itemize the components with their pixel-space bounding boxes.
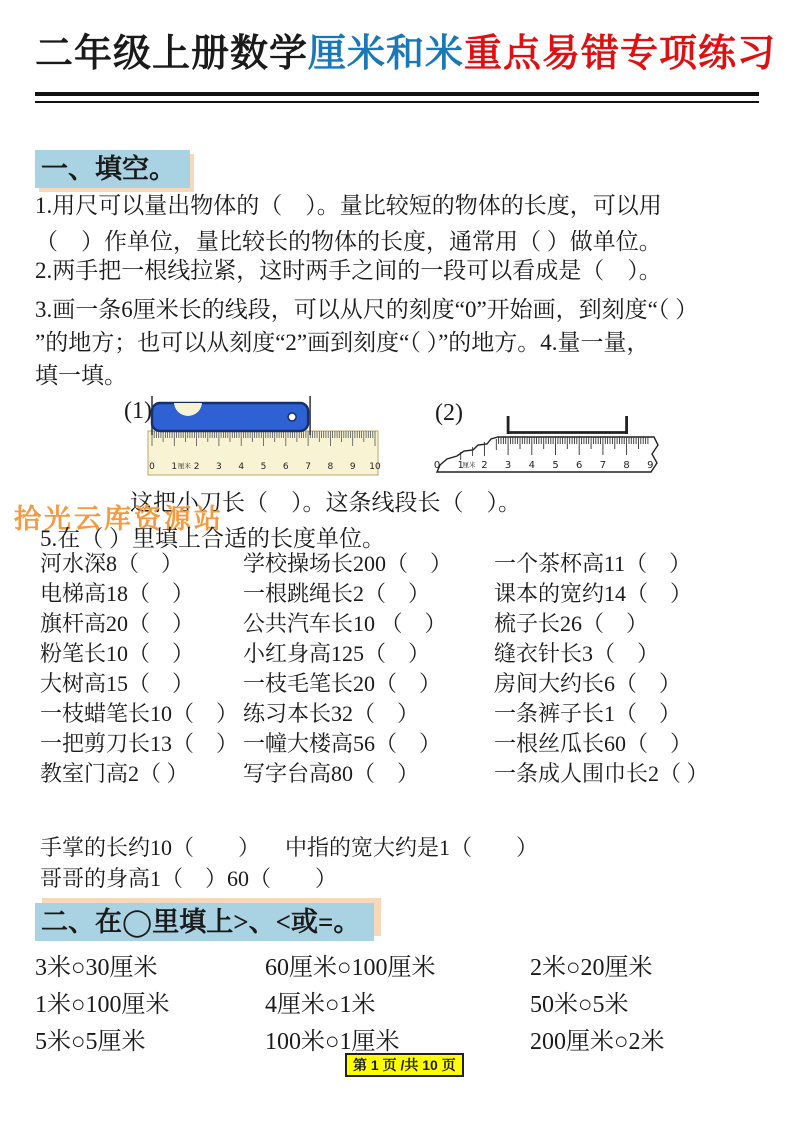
- svg-text:0: 0: [149, 462, 155, 472]
- comparison-item: 1米○100厘米: [35, 987, 265, 1024]
- comparison-item: 2米○20厘米: [530, 950, 765, 987]
- svg-text:3: 3: [505, 460, 511, 471]
- broken-ruler-image: 0123456789厘米: [428, 398, 678, 478]
- figure-knife-ruler: (1) 012345678910厘米: [118, 394, 390, 487]
- unit-item: 一条成人围巾长2（ ）: [494, 759, 760, 789]
- unit-item: 课本的宽约14（ ）: [494, 579, 760, 609]
- unit-item: 练习本长32（ ）: [243, 699, 494, 729]
- svg-text:厘米: 厘米: [178, 461, 192, 470]
- section2-header: 二、在◯里填上>、<或=。: [35, 903, 374, 941]
- unit-item: 一把剪刀长13（ ）: [40, 729, 243, 759]
- unit-item: 一根跳绳长2（ ）: [243, 579, 494, 609]
- section1-header: 一、填空。: [35, 150, 190, 188]
- unit-item: 中指的宽大约是1（ ）: [285, 832, 538, 863]
- unit-item: 哥哥的身高1（ ）60（ ）: [40, 863, 538, 894]
- unit-item: 小红身高125（ ）: [243, 639, 494, 669]
- figure1-label: (1): [124, 398, 152, 424]
- svg-text:1: 1: [171, 462, 177, 472]
- svg-text:8: 8: [623, 460, 629, 471]
- svg-text:2: 2: [194, 462, 200, 472]
- svg-text:厘米: 厘米: [462, 460, 476, 469]
- svg-text:2: 2: [481, 460, 487, 471]
- unit-item: 大树高15（ ）: [40, 669, 243, 699]
- unit-item: 一枝蜡笔长10（ ）: [40, 699, 243, 729]
- question-2: 2.两手把一根线拉紧，这时两手之间的一段可以看成是（ ）。: [35, 254, 662, 288]
- question-1-line1: 1.用尺可以量出物体的（ ）。量比较短的物体的长度，可以用: [35, 188, 662, 224]
- page-title: 二年级上册数学厘米和米重点易错专项练习: [35, 28, 761, 80]
- unit-item: 缝衣针长3（ ）: [494, 639, 760, 669]
- unit-item: 公共汽车长10 （ ）: [243, 609, 494, 639]
- svg-text:0: 0: [434, 460, 440, 471]
- comparison-grid: 3米○30厘米 60厘米○100厘米 2米○20厘米 1米○100厘米 4厘米○…: [35, 950, 765, 1061]
- figure-broken-ruler: (2) 0123456789厘米: [428, 398, 678, 483]
- title-part-blue: 厘米和米: [308, 33, 464, 75]
- svg-text:9: 9: [350, 462, 356, 472]
- svg-text:4: 4: [238, 462, 244, 472]
- svg-text:7: 7: [600, 460, 606, 471]
- title-part-red: 重点易错专项练习: [464, 33, 776, 75]
- unit-fill-grid: 河水深8（ ） 学校操场长200（ ） 一个茶杯高11（ ） 电梯高18（ ） …: [40, 549, 760, 789]
- figure2-label: (2): [435, 400, 463, 426]
- comparison-item: 3米○30厘米: [35, 950, 265, 987]
- worksheet-page: 二年级上册数学厘米和米重点易错专项练习 一、填空。 1.用尺可以量出物体的（ ）…: [0, 0, 793, 1122]
- unit-item: 旗杆高20（ ）: [40, 609, 243, 639]
- unit-item: 梳子长26（ ）: [494, 609, 760, 639]
- svg-text:5: 5: [261, 462, 267, 472]
- svg-text:7: 7: [305, 462, 311, 472]
- svg-text:10: 10: [369, 462, 381, 472]
- svg-text:3: 3: [216, 462, 222, 472]
- svg-text:6: 6: [283, 462, 289, 472]
- question-1: 1.用尺可以量出物体的（ ）。量比较短的物体的长度，可以用 （ ）作单位，量比较…: [35, 188, 662, 260]
- unit-item: 手掌的长约10（ ）: [40, 832, 285, 863]
- unit-item: 一条裤子长1（ ）: [494, 699, 760, 729]
- knife-on-ruler-image: 012345678910厘米: [118, 394, 390, 482]
- unit-item: 学校操场长200（ ）: [243, 549, 494, 579]
- question-3-4: 3.画一条6厘米长的线段，可以从尺的刻度“0”开始画，到刻度“（ ） ”的地方；…: [35, 293, 698, 392]
- unit-item: 电梯高18（ ）: [40, 579, 243, 609]
- comparison-item: 200厘米○2米: [530, 1024, 765, 1061]
- svg-text:9: 9: [647, 460, 653, 471]
- question-3-line3: 填一填。: [35, 359, 698, 392]
- svg-text:4: 4: [529, 460, 535, 471]
- unit-item: 写字台高80（ ）: [243, 759, 494, 789]
- unit-fill-extra: 手掌的长约10（ ） 中指的宽大约是1（ ） 哥哥的身高1（ ）60（ ）: [40, 832, 538, 894]
- svg-text:5: 5: [552, 460, 558, 471]
- comparison-item: 60厘米○100厘米: [265, 950, 530, 987]
- unit-item: 一幢大楼高56（ ）: [243, 729, 494, 759]
- question-3-line1: 3.画一条6厘米长的线段，可以从尺的刻度“0”开始画，到刻度“（ ）: [35, 293, 698, 326]
- title-divider: [35, 92, 759, 103]
- comparison-item: 4厘米○1米: [265, 987, 530, 1024]
- comparison-item: 5米○5厘米: [35, 1024, 265, 1061]
- unit-item: 房间大约长6（ ）: [494, 669, 760, 699]
- unit-item: 教室门高2（ ）: [40, 759, 243, 789]
- unit-item: 粉笔长10（ ）: [40, 639, 243, 669]
- unit-item: 河水深8（ ）: [40, 549, 243, 579]
- unit-item: 一根丝瓜长60（ ）: [494, 729, 760, 759]
- title-part-black: 二年级上册数学: [35, 33, 308, 75]
- comparison-item: 50米○5米: [530, 987, 765, 1024]
- unit-item: 一枝毛笔长20（ ）: [243, 669, 494, 699]
- svg-text:8: 8: [328, 462, 334, 472]
- question-3-line2: ”的地方；也可以从刻度“2”画到刻度“（ ）”的地方。4.量一量，: [35, 326, 698, 359]
- svg-text:6: 6: [576, 460, 582, 471]
- unit-item: 一个茶杯高11（ ）: [494, 549, 760, 579]
- page-number-badge: 第 1 页 /共 10 页: [345, 1053, 464, 1077]
